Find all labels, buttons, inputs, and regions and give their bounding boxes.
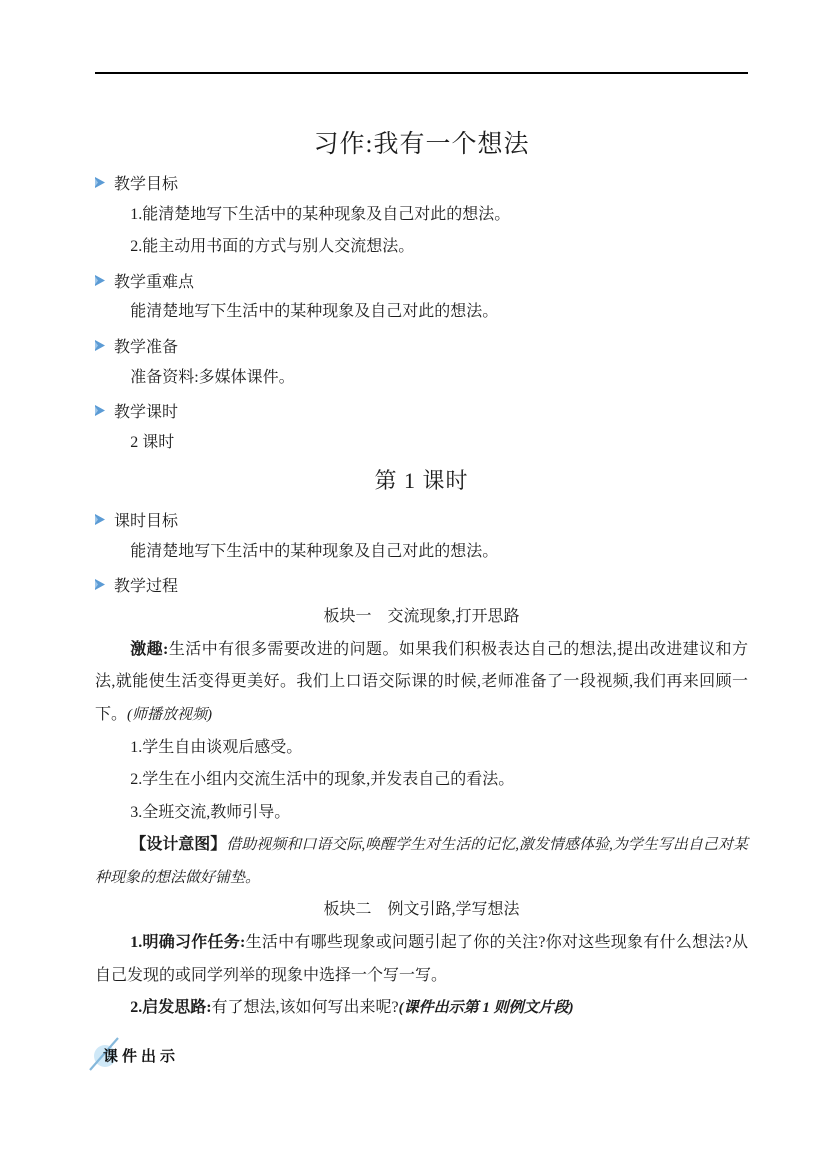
section-preparation: 教学准备 — [95, 329, 748, 362]
section-label-objective: 课时目标 — [114, 508, 178, 531]
intro-note: (师播放视频) — [127, 707, 212, 723]
section-label-key-points: 教学重难点 — [114, 269, 194, 292]
triangle-bullet-icon — [95, 340, 105, 351]
courseware-marker-label: 课件出示 — [103, 1045, 179, 1066]
section-teaching-goals: 教学目标 — [95, 166, 748, 199]
document-page: 习作:我有一个想法 教学目标 1.能清楚地写下生活中的某种现象及自己对此的想法。… — [0, 0, 827, 1169]
block1-step-1: 1.学生自由谈观后感受。 — [95, 732, 748, 765]
triangle-bullet-icon — [95, 514, 105, 525]
block2-step2-text: 有了想法,该如何写出来呢? — [212, 999, 399, 1016]
section-session-objective: 课时目标 — [95, 503, 748, 536]
block1-heading: 板块一 交流现象,打开思路 — [95, 601, 748, 634]
session-heading: 第 1 课时 — [95, 462, 748, 500]
document-body: 习作:我有一个想法 教学目标 1.能清楚地写下生活中的某种现象及自己对此的想法。… — [95, 74, 748, 1073]
block2-step2-note: (课件出示第 1 则例文片段) — [399, 1000, 574, 1016]
goal-item-1: 1.能清楚地写下生活中的某种现象及自己对此的想法。 — [95, 199, 748, 232]
section-label-process: 教学过程 — [114, 573, 178, 596]
key-points-text: 能清楚地写下生活中的某种现象及自己对此的想法。 — [95, 296, 748, 329]
periods-text: 2 课时 — [95, 427, 748, 460]
block1-step-2: 2.学生在小组内交流生活中的现象,并发表自己的看法。 — [95, 764, 748, 797]
objective-text: 能清楚地写下生活中的某种现象及自己对此的想法。 — [95, 536, 748, 569]
design-intent-paragraph: 【设计意图】借助视频和口语交际,唤醒学生对生活的记忆,激发情感体验,为学生写出自… — [95, 829, 748, 894]
triangle-bullet-icon — [95, 275, 105, 286]
goal-item-2: 2.能主动用书面的方式与别人交流想法。 — [95, 231, 748, 264]
block2-heading: 板块二 例文引路,学写想法 — [95, 894, 748, 927]
triangle-bullet-icon — [95, 177, 105, 188]
section-process: 教学过程 — [95, 569, 748, 602]
design-intent-label: 【设计意图】 — [130, 836, 226, 853]
section-periods: 教学课时 — [95, 394, 748, 427]
section-label-preparation: 教学准备 — [114, 334, 178, 357]
document-title: 习作:我有一个想法 — [95, 127, 748, 163]
block1-step-3: 3.全班交流,教师引导。 — [95, 797, 748, 830]
block1-intro-paragraph: 激趣:生活中有很多需要改进的问题。如果我们积极表达自己的想法,提出改进建议和方法… — [95, 634, 748, 732]
section-label-periods: 教学课时 — [114, 399, 178, 422]
preparation-text: 准备资料:多媒体课件。 — [95, 362, 748, 395]
triangle-bullet-icon — [95, 405, 105, 416]
section-key-points: 教学重难点 — [95, 264, 748, 297]
block2-step2-lead: 2.启发思路: — [130, 999, 211, 1016]
courseware-marker: 课件出示 — [95, 1039, 748, 1073]
block2-step1-lead: 1.明确习作任务: — [130, 934, 245, 951]
block2-step1-paragraph: 1.明确习作任务:生活中有哪些现象或问题引起了你的关注?你对这些现象有什么想法?… — [95, 927, 748, 992]
block2-step2-paragraph: 2.启发思路:有了想法,该如何写出来呢?(课件出示第 1 则例文片段) — [95, 992, 748, 1025]
intro-lead: 激趣: — [130, 641, 168, 658]
triangle-bullet-icon — [95, 579, 105, 590]
section-label-goals: 教学目标 — [114, 171, 178, 194]
